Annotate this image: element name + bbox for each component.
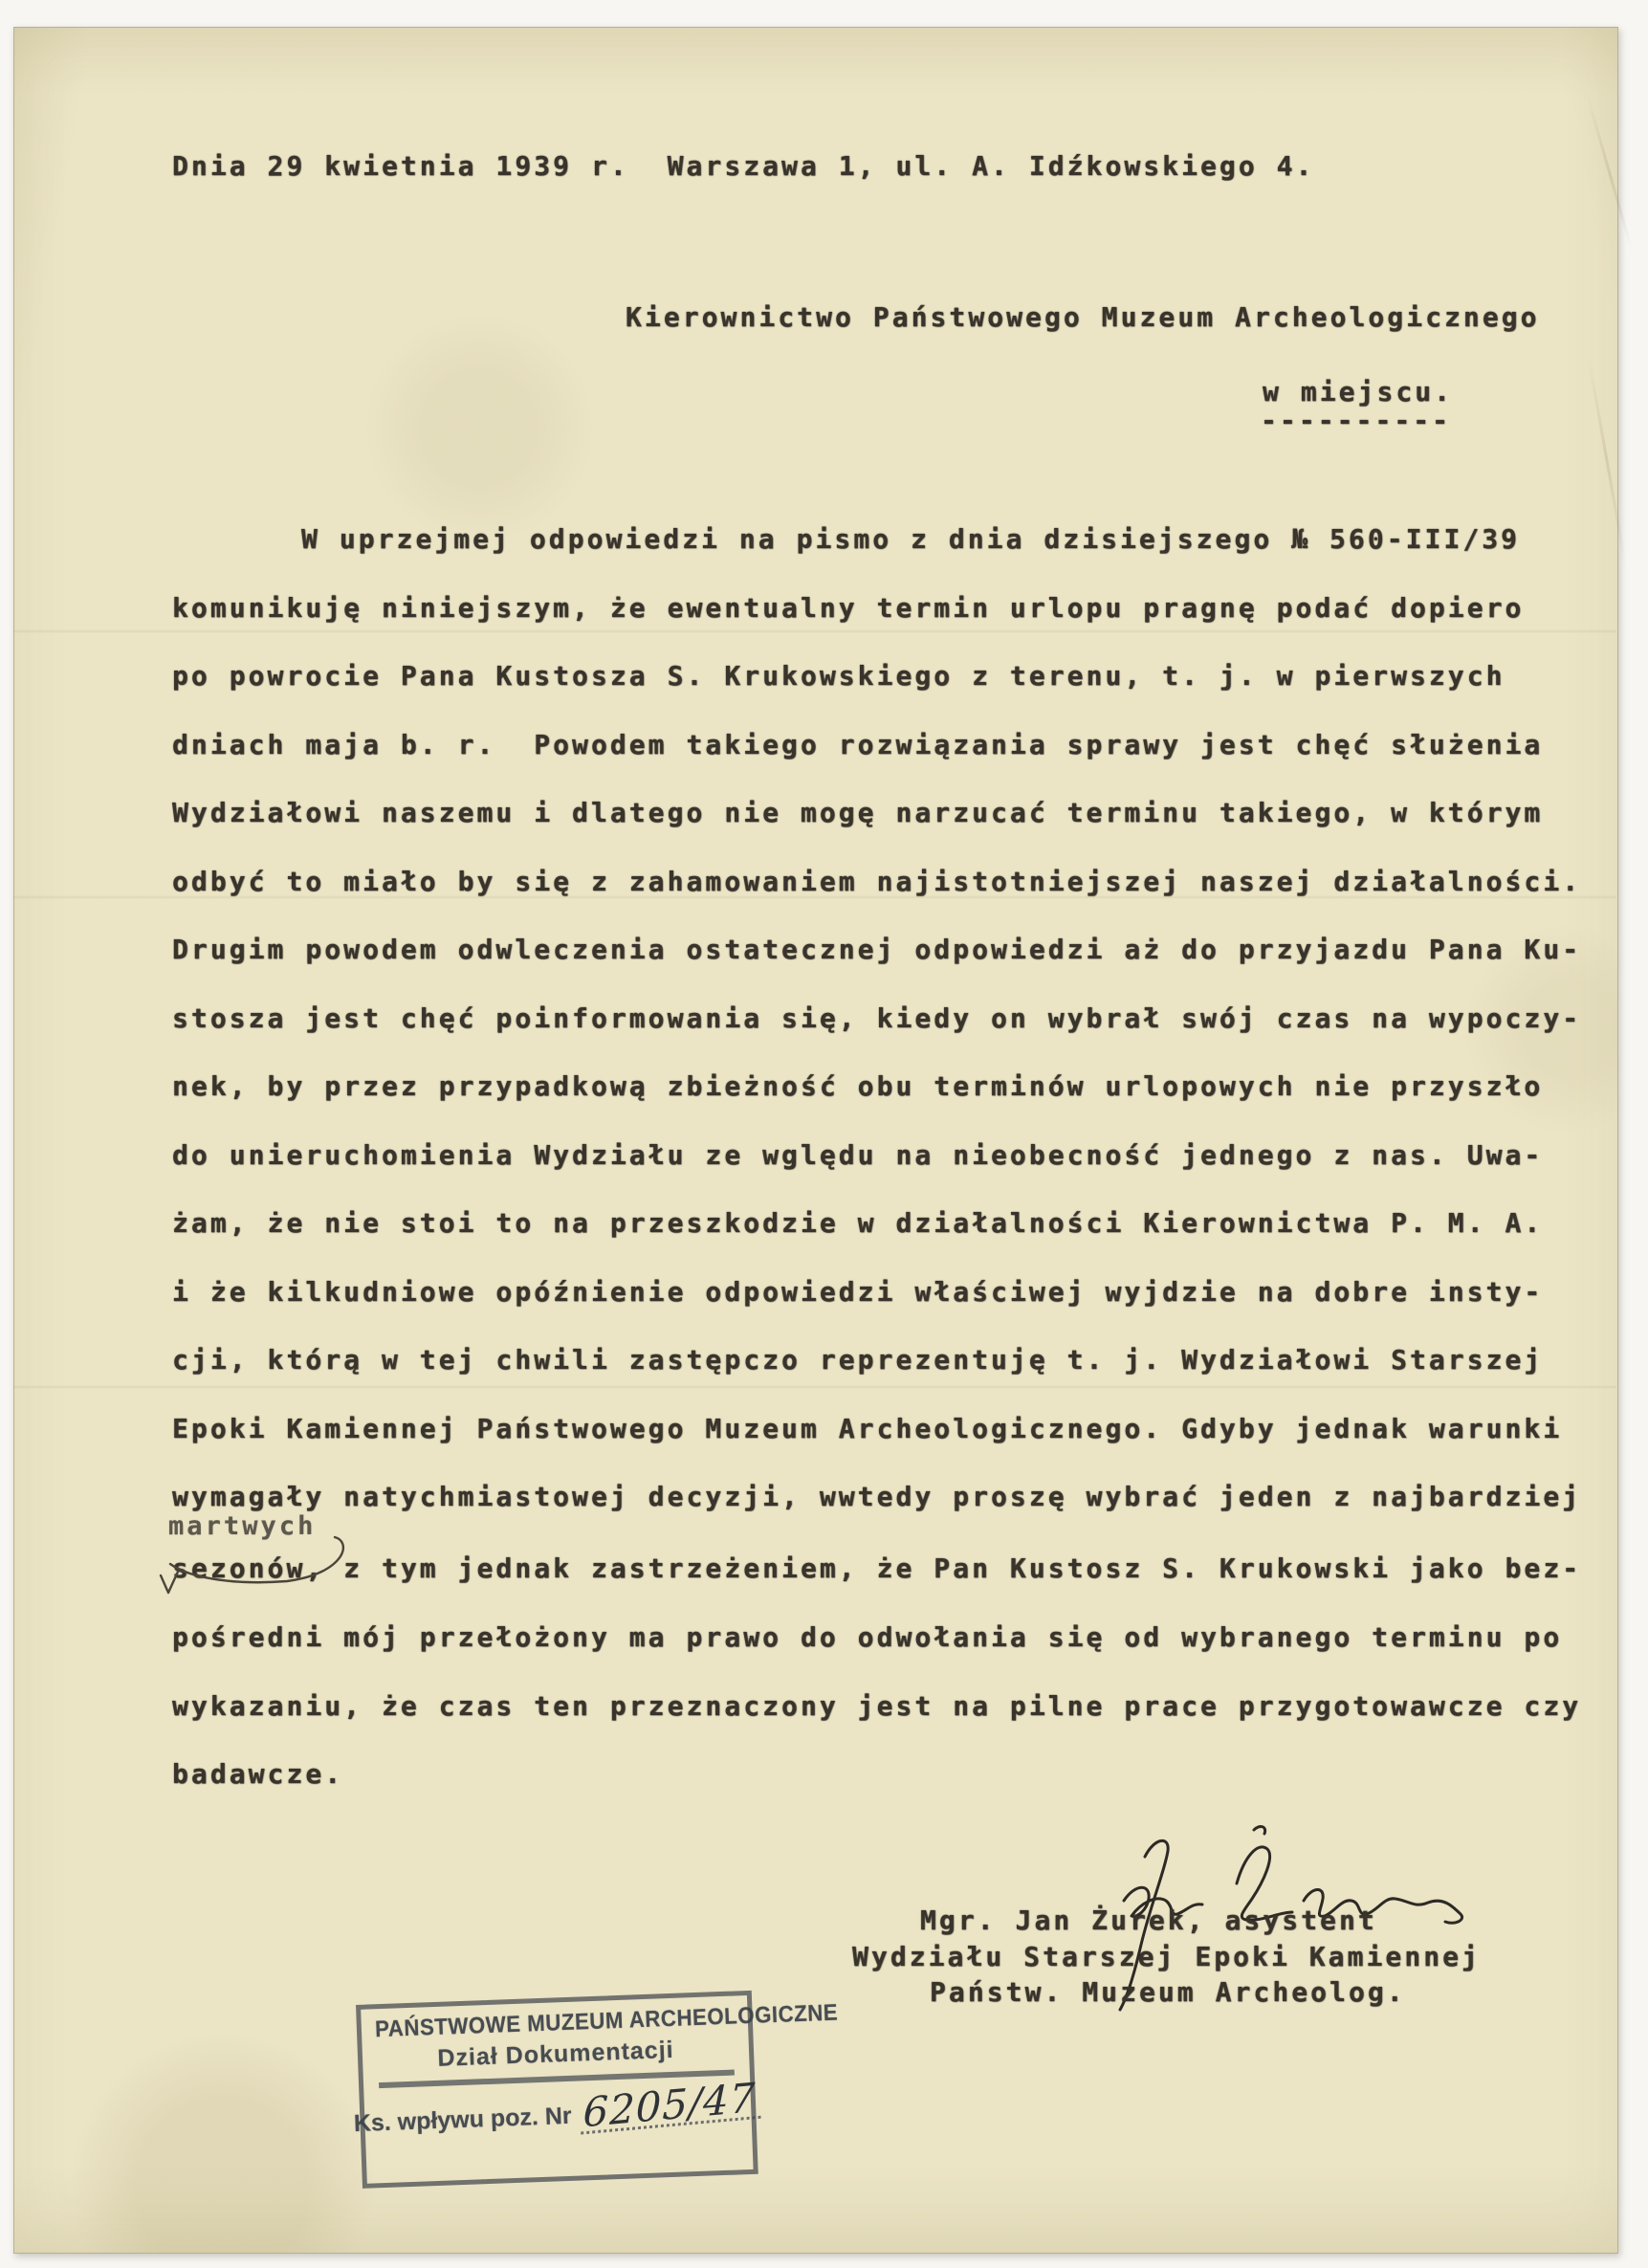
body-line: pośredni mój przełożony ma prawo do odwo… [172,1622,1562,1653]
stamp-register-label: Ks. wpływu poz. Nr [353,2102,572,2137]
body-line: żam, że nie stoi to na przeszkodzie w dz… [172,1208,1543,1239]
body-line: cji, którą w tej chwili zastępczo reprez… [172,1345,1543,1376]
body-line: nek, by przez przypadkową zbieżność obu … [172,1071,1543,1102]
body-line: W uprzejmej odpowiedzi na pismo z dnia d… [301,524,1520,555]
body-line: do unieruchomienia Wydziału ze wględu na… [172,1140,1543,1171]
fold-line [13,629,1616,633]
body-line: Drugim powodem odwleczenia ostatecznej o… [172,935,1581,965]
insertion-mark-swash [153,1516,402,1602]
body-line: wykazaniu, że czas ten przeznaczony jest… [172,1691,1581,1722]
body-line: dniach maja b. r. Powodem takiego rozwią… [172,730,1543,760]
scanned-letter-page: { "letter": { "dateline": "Dnia 29 kwiet… [0,0,1648,2268]
body-line: Wydziałowi naszemu i dlatego nie mogę na… [172,798,1543,828]
archive-stamp: PAŃSTWOWE MUZEUM ARCHEOLOGICZNE Dział Do… [356,1991,758,2189]
place-underline: ---------- [1261,406,1451,436]
addressee-line: Kierownictwo Państwowego Muzeum Archeolo… [626,302,1540,333]
fold-line [13,1385,1616,1389]
dateline: Dnia 29 kwietnia 1939 r. Warszawa 1, ul.… [172,151,1314,182]
signature-line: Wydziału Starszej Epoki Kamiennej [852,1942,1481,1972]
body-line: po powrocie Pana Kustosza S. Krukowskieg… [172,661,1505,692]
signature-line: Państw. Muzeum Archeolog. [930,1977,1406,2008]
body-line: wymagały natychmiastowej decyzji, wwtedy… [172,1482,1581,1512]
body-line: Epoki Kamiennej Państwowego Muzeum Arche… [172,1414,1562,1444]
signature-line: Mgr. Jan Żurek, asystent [920,1905,1377,1936]
body-line: badawcze. [172,1759,343,1790]
place-line: w miejscu. [1263,377,1453,407]
body-line: komunikuję niniejszym, że ewentualny ter… [172,593,1524,624]
body-line: i że kilkudniowe opóźnienie odpowiedzi w… [172,1277,1543,1308]
body-line: stosza jest chęć poinformowania się, kie… [172,1003,1581,1034]
stamp-register-number-handwritten: 6205/47 [581,2081,761,2134]
body-line: odbyć to miało by się z zahamowaniem naj… [172,867,1581,897]
